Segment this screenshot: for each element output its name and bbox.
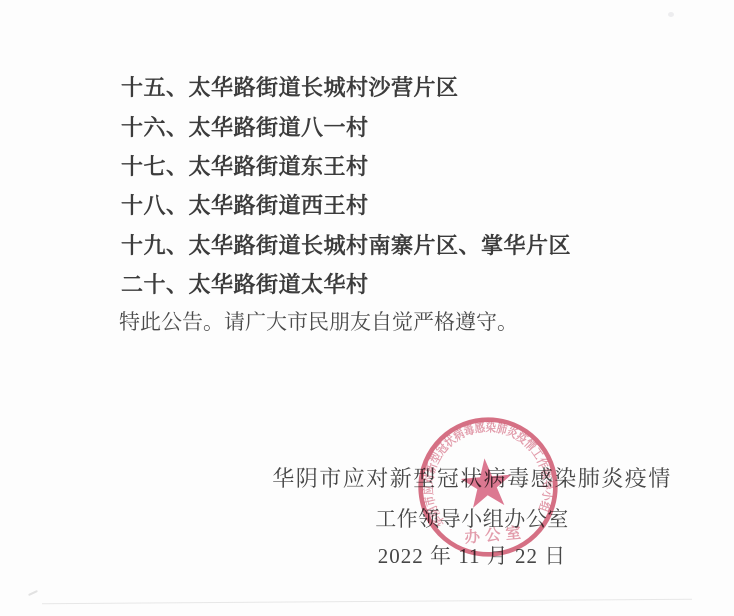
notice-line-19: 十九、太华路街道长城村南寨片区、掌华片区 — [121, 229, 571, 260]
official-seal: 华阴市应对新型冠状病毒感染肺炎疫情工作领导小组 办公室 — [409, 408, 567, 566]
scanned-notice-page: 十五、太华路街道长城村沙营片区 十六、太华路街道八一村 十七、太华路街道东王村 … — [0, 0, 734, 616]
scan-artifact-line — [42, 599, 692, 605]
notice-line-15: 十五、太华路街道长城村沙营片区 — [121, 71, 459, 102]
closing-statement: 特此公告。请广大市民朋友自觉严格遵守。 — [119, 306, 518, 336]
scan-artifact-speck — [668, 12, 674, 17]
notice-line-18: 十八、太华路街道西王村 — [121, 189, 369, 220]
scan-artifact-speck — [28, 590, 38, 596]
seal-star-icon — [459, 456, 514, 509]
notice-line-16: 十六、太华路街道八一村 — [121, 111, 369, 142]
seal-bottom-text: 办公室 — [464, 522, 527, 546]
notice-line-17: 十七、太华路街道东王村 — [121, 150, 369, 181]
notice-line-20: 二十、太华路街道太华村 — [121, 268, 369, 299]
